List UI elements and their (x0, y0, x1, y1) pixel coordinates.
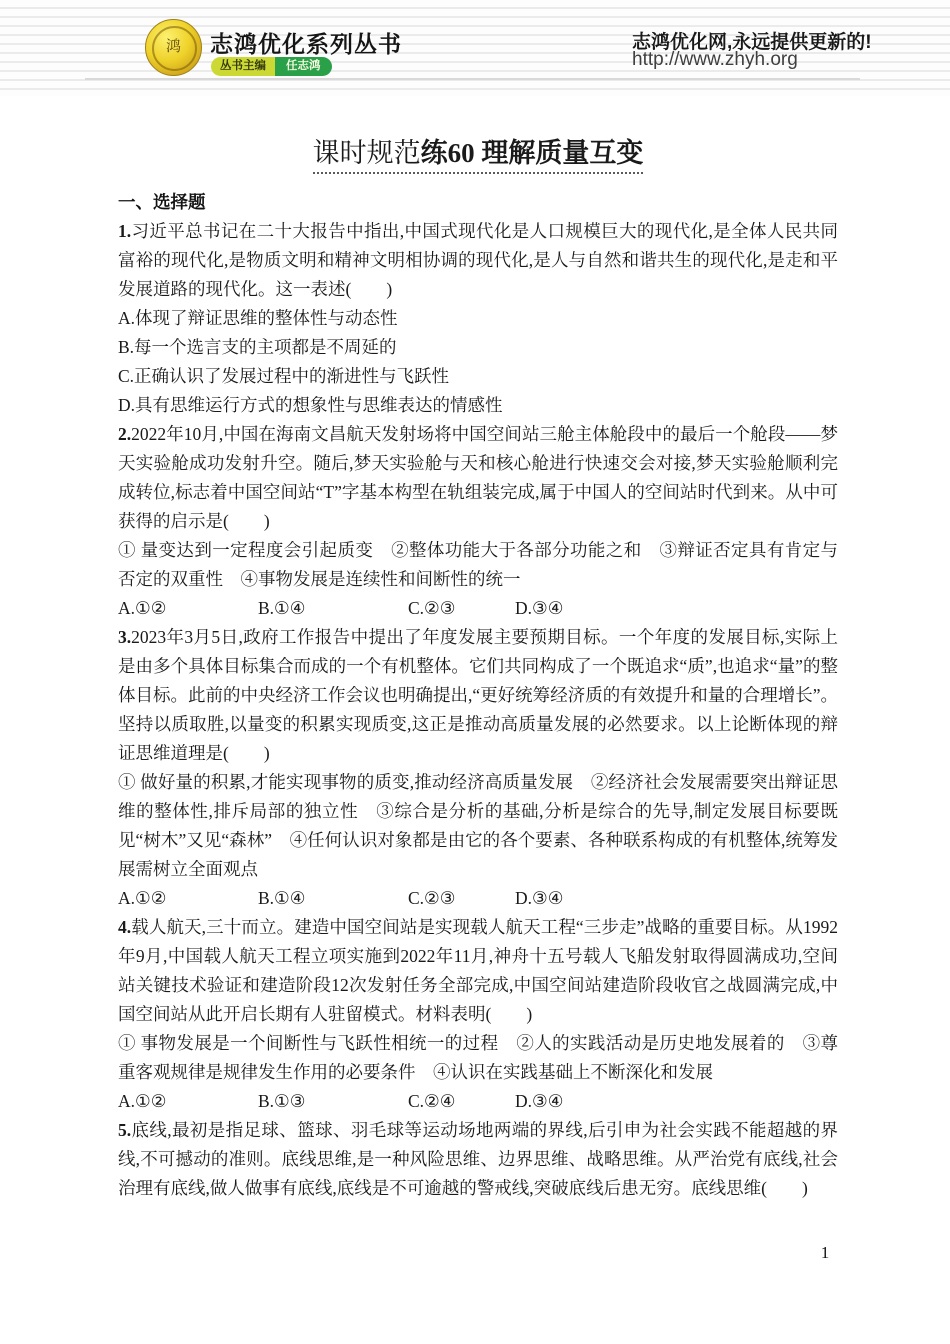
option-1-d: D.具有思维运行方式的想象性与思维表达的情感性 (118, 391, 838, 420)
question-1-options: A.体现了辩证思维的整体性与动态性 B.每一个选言支的主项都是不周延的 C.正确… (118, 304, 838, 420)
site-url: http://www.zhyh.org (632, 49, 798, 71)
question-block-2: 2.2022年10月,中国在海南文昌航天发射场将中国空间站三舱主体舱段中的最后一… (118, 420, 838, 623)
question-2-text: 2022年10月,中国在海南文昌航天发射场将中国空间站三舱主体舱段中的最后一个舱… (118, 424, 838, 531)
question-3-statements: ① 做好量的积累,才能实现事物的质变,推动经济高质量发展 ②经济社会发展需要突出… (118, 768, 838, 884)
question-3-number: 3. (118, 627, 131, 647)
question-block-5: 5.底线,最初是指足球、篮球、羽毛球等运动场地两端的界线,后引申为社会实践不能超… (118, 1116, 838, 1203)
question-3-stem: 3.2023年3月5日,政府工作报告中提出了年度发展主要预期目标。一个年度的发展… (118, 623, 838, 768)
option-1-a: A.体现了辩证思维的整体性与动态性 (118, 304, 838, 333)
question-list: 1.习近平总书记在二十大报告中指出,中国式现代化是人口规模巨大的现代化,是全体人… (118, 217, 838, 1203)
option-4-c: C.②④ (408, 1087, 515, 1116)
question-1-stem: 1.习近平总书记在二十大报告中指出,中国式现代化是人口规模巨大的现代化,是全体人… (118, 217, 838, 304)
question-2-number: 2. (118, 424, 131, 444)
medal-emblem: 鸿 (161, 36, 186, 58)
question-4-options: A.①②B.①③C.②④D.③④ (118, 1087, 838, 1116)
page-title-prefix: 课时规范 (313, 138, 421, 168)
question-block-3: 3.2023年3月5日,政府工作报告中提出了年度发展主要预期目标。一个年度的发展… (118, 623, 838, 913)
page-title: 课时规范练60 理解质量互变 (118, 136, 838, 174)
section-heading: 一、选择题 (118, 189, 206, 214)
question-4-text: 载人航天,三十而立。建造中国空间站是实现载人航天工程“三步走”战略的重要目标。从… (118, 917, 838, 1024)
question-5-text: 底线,最初是指足球、篮球、羽毛球等运动场地两端的界线,后引申为社会实践不能超越的… (118, 1120, 838, 1198)
question-block-4: 4.载人航天,三十而立。建造中国空间站是实现载人航天工程“三步走”战略的重要目标… (118, 913, 838, 1116)
brand-title: 志鸿优化系列丛书 (210, 26, 402, 59)
option-2-a: A.①② (118, 594, 258, 623)
question-3-text: 2023年3月5日,政府工作报告中提出了年度发展主要预期目标。一个年度的发展目标… (118, 627, 838, 763)
option-1-b: B.每一个选言支的主项都是不周延的 (118, 333, 838, 362)
question-4-stem: 4.载人航天,三十而立。建造中国空间站是实现载人航天工程“三步走”战略的重要目标… (118, 913, 838, 1029)
option-3-b: B.①④ (258, 884, 408, 913)
option-3-a: A.①② (118, 884, 258, 913)
option-2-b: B.①④ (258, 594, 408, 623)
option-3-d: D.③④ (515, 884, 563, 913)
editor-badge: 丛书主编 任志鸿 (211, 57, 332, 76)
question-1-number: 1. (118, 221, 131, 241)
question-5-number: 5. (118, 1120, 131, 1140)
badge-role-label: 丛书主编 (211, 57, 275, 76)
question-4-number: 4. (118, 917, 131, 937)
option-1-c: C.正确认识了发展过程中的渐进性与飞跃性 (118, 362, 838, 391)
question-4-statements: ① 事物发展是一个间断性与飞跃性相统一的过程 ②人的实践活动是历史地发展着的 ③… (118, 1029, 838, 1087)
option-4-d: D.③④ (515, 1087, 563, 1116)
option-2-d: D.③④ (515, 594, 563, 623)
question-2-stem: 2.2022年10月,中国在海南文昌航天发射场将中国空间站三舱主体舱段中的最后一… (118, 420, 838, 536)
option-4-b: B.①③ (258, 1087, 408, 1116)
option-2-c: C.②③ (408, 594, 515, 623)
page-number: 1 (810, 1243, 840, 1263)
page-title-main: 练60 理解质量互变 (421, 138, 644, 168)
question-block-1: 1.习近平总书记在二十大报告中指出,中国式现代化是人口规模巨大的现代化,是全体人… (118, 217, 838, 420)
option-4-a: A.①② (118, 1087, 258, 1116)
question-1-text: 习近平总书记在二十大报告中指出,中国式现代化是人口规模巨大的现代化,是全体人民共… (118, 221, 838, 299)
badge-editor-name: 任志鸿 (275, 57, 332, 76)
header-band: 鸿 志鸿优化系列丛书 丛书主编 任志鸿 志鸿优化网,永远提供更新的! http:… (0, 0, 950, 96)
header-divider (85, 78, 860, 80)
option-3-c: C.②③ (408, 884, 515, 913)
question-2-options: A.①②B.①④C.②③D.③④ (118, 594, 838, 623)
question-5-stem: 5.底线,最初是指足球、篮球、羽毛球等运动场地两端的界线,后引申为社会实践不能超… (118, 1116, 838, 1203)
question-2-statements: ① 量变达到一定程度会引起质变 ②整体功能大于各部分功能之和 ③辩证否定具有肯定… (118, 536, 838, 594)
gold-medal-icon: 鸿 (145, 19, 202, 76)
question-3-options: A.①②B.①④C.②③D.③④ (118, 884, 838, 913)
